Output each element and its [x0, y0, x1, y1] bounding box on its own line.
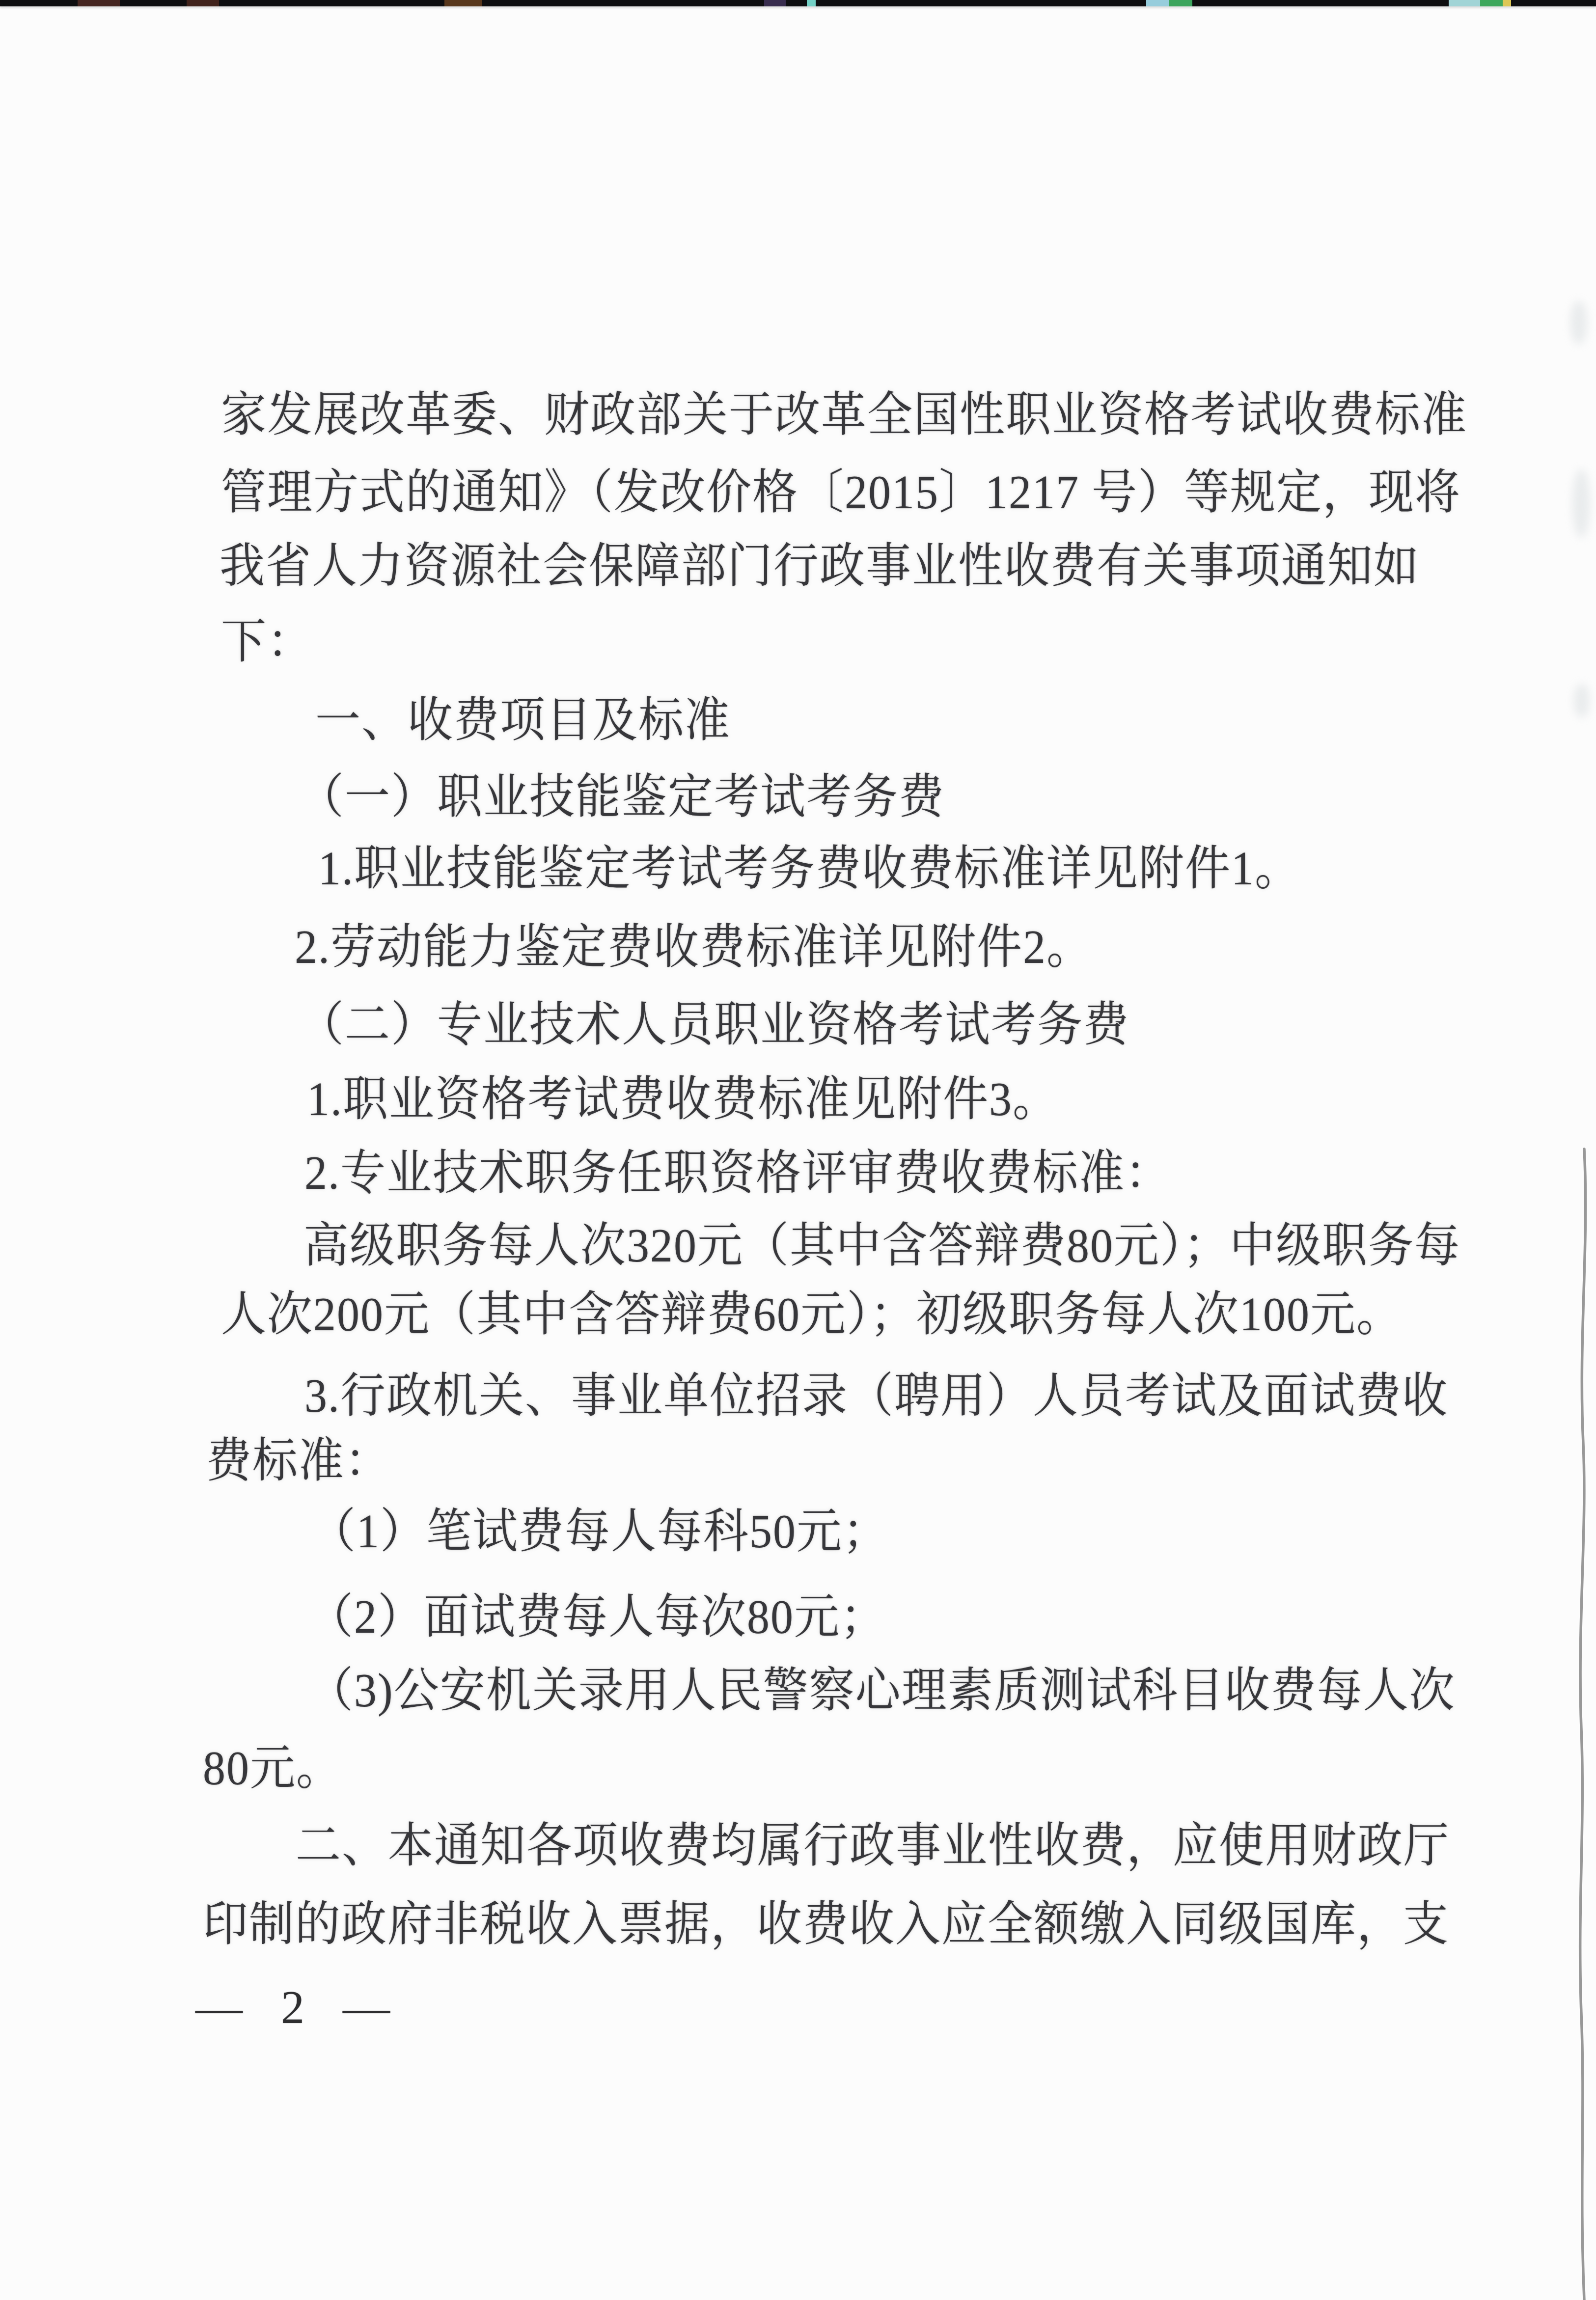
- text-line: （3)公安机关录用人民警察心理素质测试科目收费每人次: [308, 1663, 1456, 1718]
- text-line: 下：: [221, 614, 313, 669]
- text-line: 1.职业技能鉴定考试考务费收费标准详见附件1。: [318, 841, 1301, 896]
- text-line: 费标准：: [206, 1433, 391, 1488]
- text-line: 80元。: [203, 1740, 342, 1796]
- text-line: 印制的政府非税收入票据，收费收入应全额缴入同级国库，支: [203, 1896, 1449, 1952]
- text-line: 我省人力资源社会保障部门行政事业性收费有关事项通知如: [220, 538, 1420, 594]
- text-line: 3.行政机关、事业单位招录（聘用）人员考试及面试费收: [304, 1368, 1448, 1424]
- page-number: — 2 —: [195, 1980, 393, 2034]
- text-line: （2）面试费每人每次80元；: [308, 1589, 886, 1644]
- document-text-layer: 家发展改革委、财政部关于改革全国性职业资格考试收费标准管理方式的通知》（发改价格…: [0, 0, 1596, 2300]
- scan-smudge: [1572, 469, 1590, 538]
- scan-smudge: [1574, 684, 1590, 718]
- text-line: 家发展改革委、财政部关于改革全国性职业资格考试收费标准: [221, 387, 1467, 442]
- text-line: 1.职业资格考试费收费标准见附件3。: [307, 1071, 1059, 1127]
- text-line: 管理方式的通知》（发改价格〔2015〕1217 号）等规定，现将: [221, 465, 1461, 520]
- scanned-document-page: 家发展改革委、财政部关于改革全国性职业资格考试收费标准管理方式的通知》（发改价格…: [0, 0, 1596, 2300]
- text-line: 二、本通知各项收费均属行政事业性收费，应使用财政厅: [296, 1818, 1450, 1873]
- text-line: 2.劳动能力鉴定费收费标准详见附件2。: [295, 919, 1093, 975]
- scan-smudge: [1570, 301, 1587, 345]
- text-line: 2.专业技术职务任职资格评审费收费标准：: [304, 1145, 1171, 1201]
- text-line: 一、收费项目及标准: [315, 692, 731, 748]
- text-line: 人次200元（其中含答辩费60元）；初级职务每人次100元。: [221, 1287, 1403, 1342]
- text-line: （二）专业技术人员职业资格考试考务费: [299, 997, 1129, 1052]
- text-line: （1）笔试费每人每科50元；: [310, 1504, 889, 1559]
- text-line: （一）职业技能鉴定考试考务费: [299, 769, 945, 824]
- text-line: 高级职务每人次320元（其中含答辩费80元）；中级职务每: [303, 1218, 1460, 1273]
